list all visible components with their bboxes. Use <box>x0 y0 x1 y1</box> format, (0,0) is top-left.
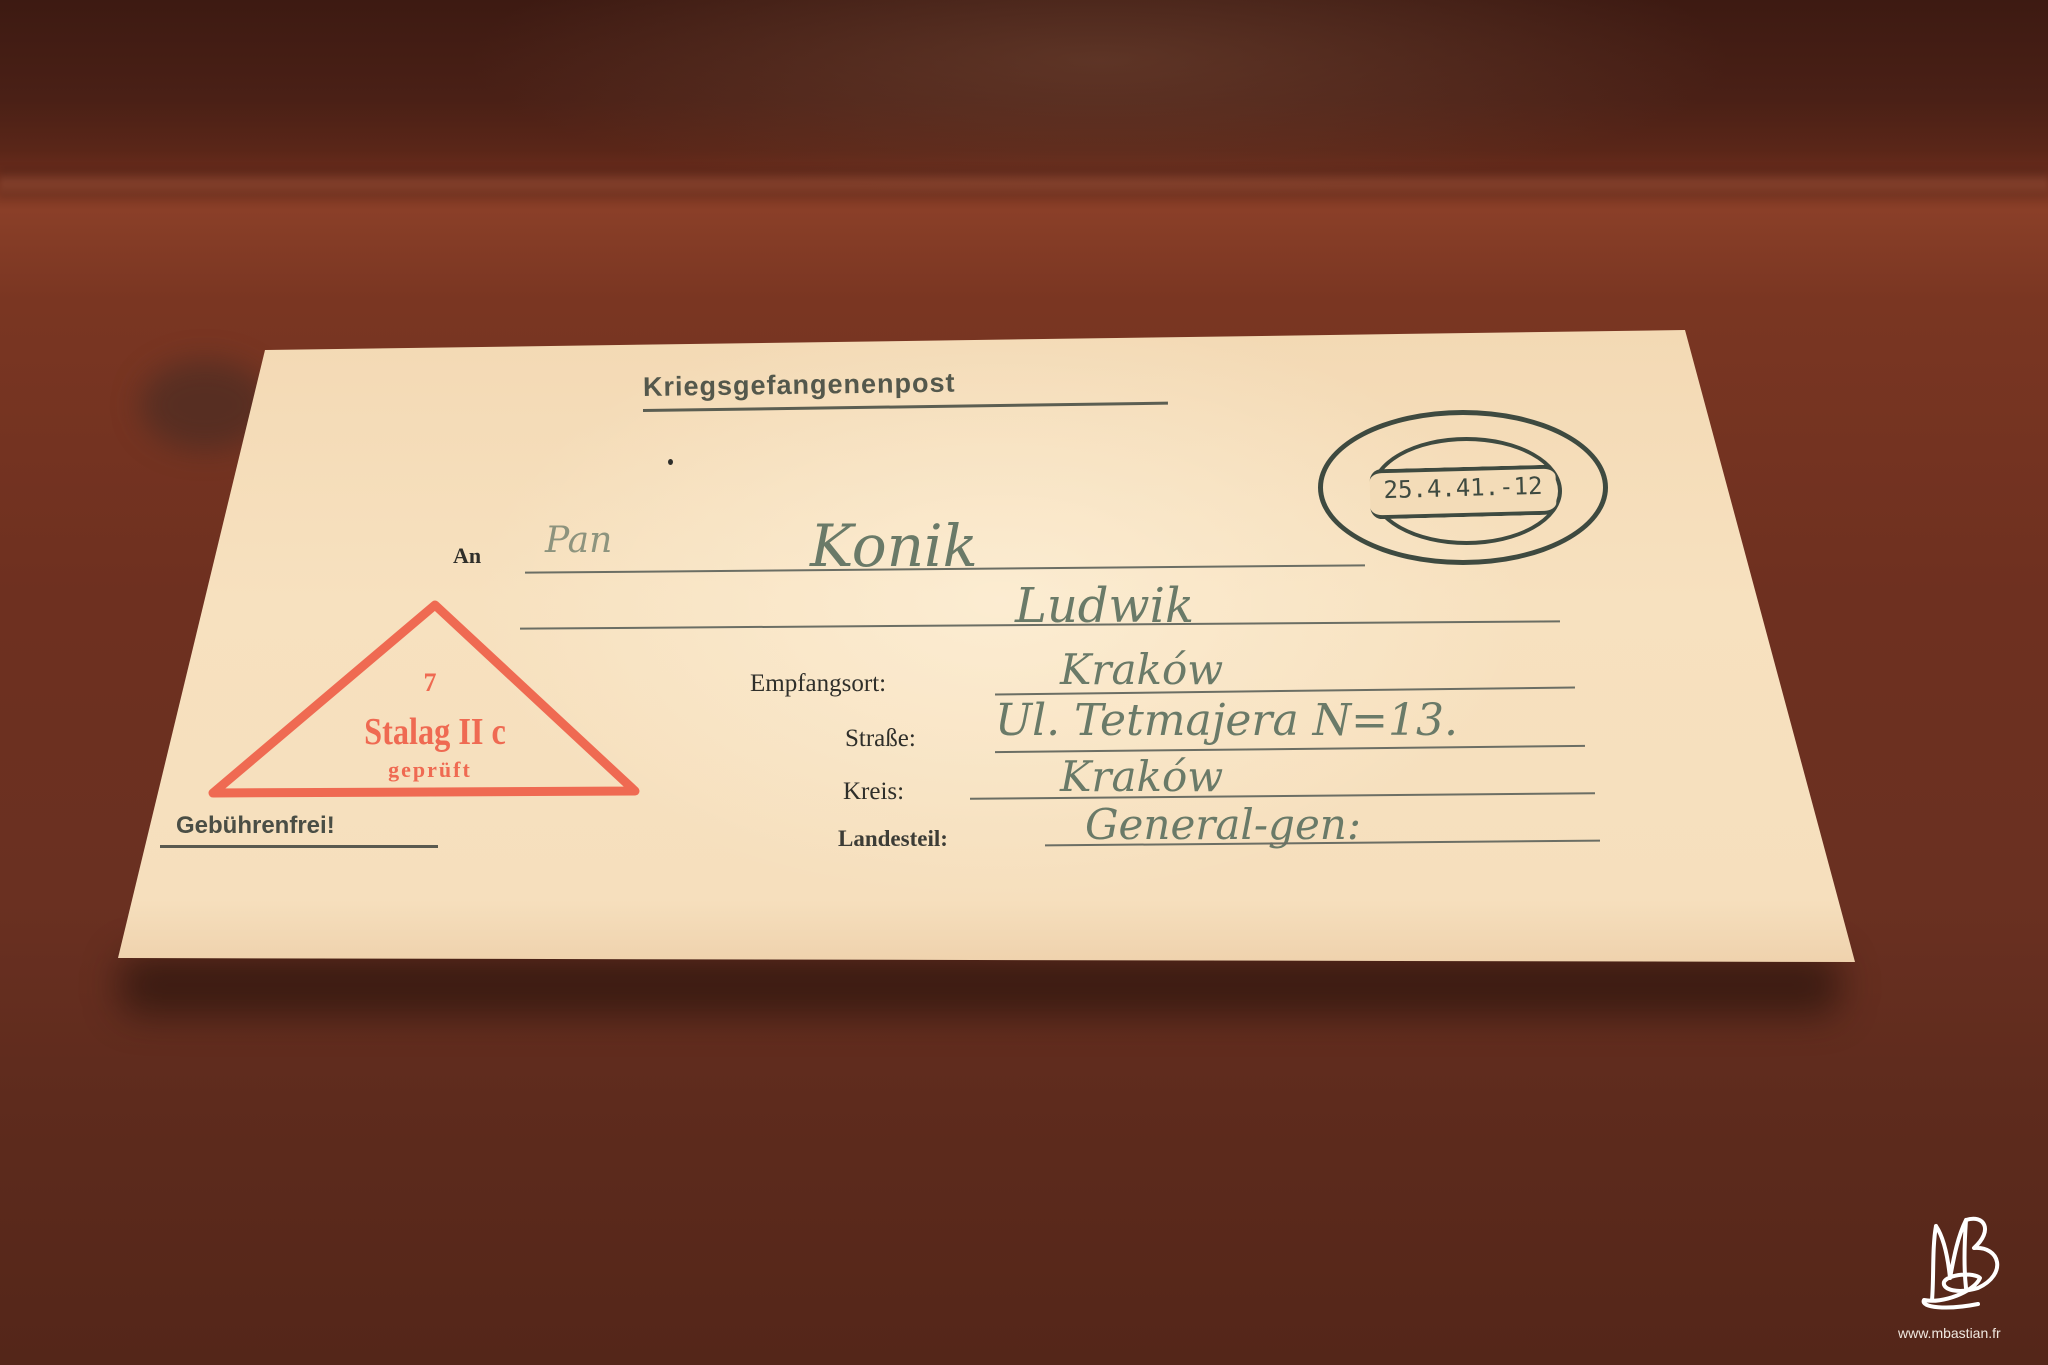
mb-logo-icon <box>1918 1208 2018 1318</box>
censor-stamp-status: geprüft <box>315 757 545 783</box>
field-label-landesteil: Landesteil: <box>838 826 948 852</box>
field-label-strasse: Straße: <box>845 725 916 753</box>
postcard-title: Kriegsgefangenenpost <box>643 368 956 403</box>
censor-stamp-number: 7 <box>395 668 465 698</box>
postmark-stamp: 25.4.41.-12 <box>1318 410 1608 565</box>
field-label-kreis: Kreis: <box>843 778 904 806</box>
field-value-kreis: Kraków <box>1060 752 1223 801</box>
fee-note: Gebührenfrei! <box>176 812 335 840</box>
censor-stamp-camp: Stalag II c <box>333 710 537 754</box>
field-value-empfangsort: Kraków <box>1060 645 1223 694</box>
ink-speck <box>668 459 673 465</box>
address-salutation: Pan <box>545 520 612 561</box>
fee-note-underline <box>160 845 438 848</box>
postmark-date: 25.4.41.-12 <box>1378 472 1549 504</box>
postcard: Kriegsgefangenenpost 25.4.41.-12 An Pan … <box>0 0 2048 1365</box>
watermark-url: www.mbastian.fr <box>1898 1325 2001 1341</box>
field-label-empfangsort: Empfangsort: <box>750 670 886 698</box>
field-value-strasse: Ul. Tetmajera N=13. <box>995 695 1458 746</box>
address-an-label: An <box>453 543 481 569</box>
